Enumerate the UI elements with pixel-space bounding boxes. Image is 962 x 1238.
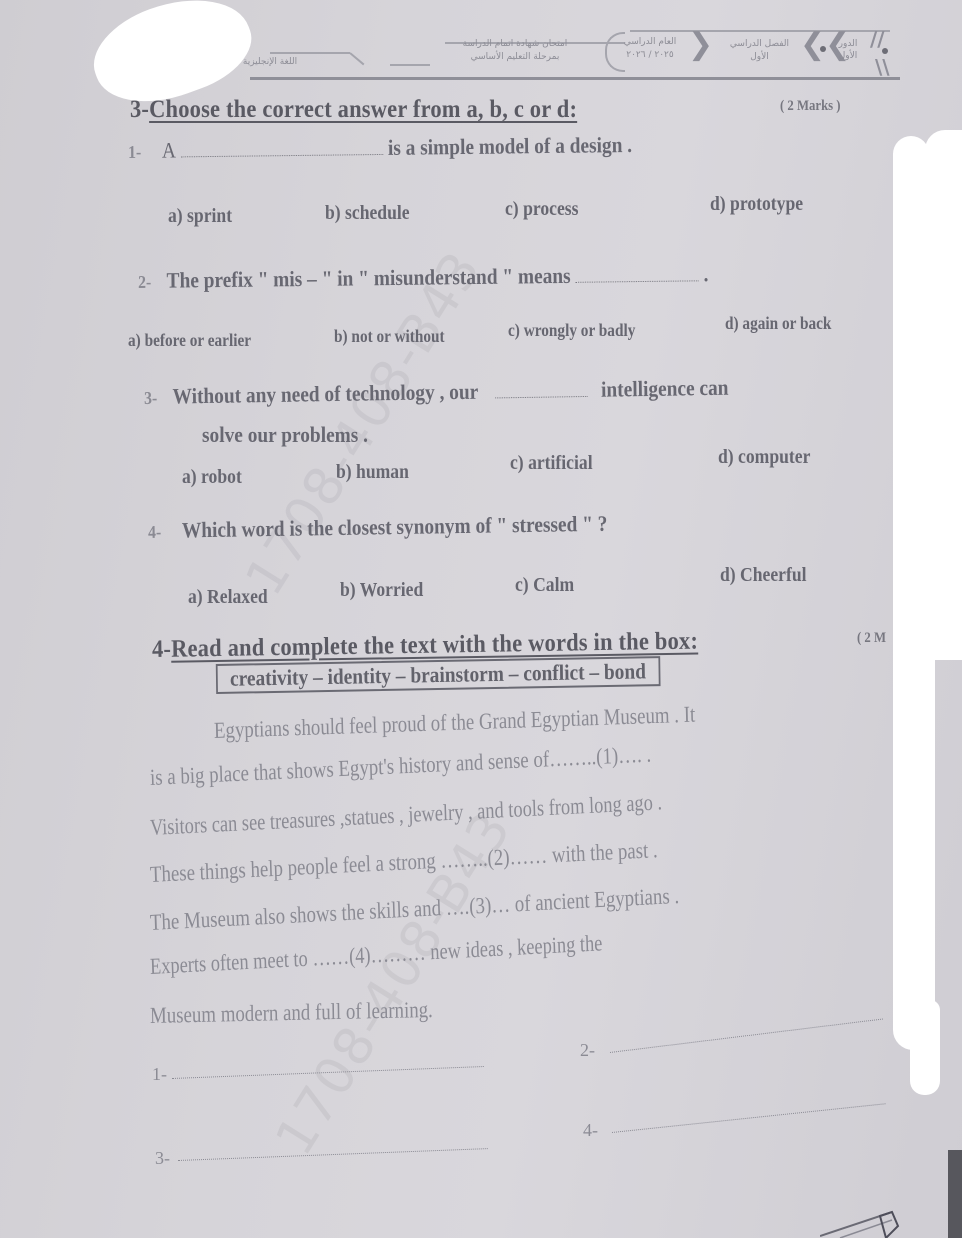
section4-marks: ( 2 M <box>857 630 886 647</box>
question-number: 4- <box>148 522 161 542</box>
question-number: 3- <box>144 388 157 408</box>
question-text: Without any need of technology , our <box>172 379 478 409</box>
header-frame-segment <box>349 52 364 65</box>
header-frame-segment <box>390 64 430 66</box>
redaction-stroke <box>893 150 935 1050</box>
question-2: 2- The prefix " mis – " in " misundersta… <box>138 261 709 294</box>
chevron-right-icon: ❯ <box>688 30 713 60</box>
header-exam-title-2: بمرحلة التعليم الأساسي <box>445 51 585 63</box>
question-text: is a simple model of a design . <box>388 132 632 160</box>
q2-option-a[interactable]: a) before or earlier <box>128 330 251 351</box>
q1-option-b[interactable]: b) schedule <box>325 202 410 225</box>
answer-line-4[interactable] <box>612 1103 886 1133</box>
q2-option-c[interactable]: c) wrongly or badly <box>508 320 635 341</box>
q3-option-b[interactable]: b) human <box>336 461 409 484</box>
q4-option-d[interactable]: d) Cheerful <box>720 564 807 587</box>
answer-label-3: 3- <box>155 1148 170 1169</box>
header-exam-title-1: امتحان شهادة اتمام الدراسة <box>445 38 585 50</box>
passage-line-2: is a big place that shows Egypt's histor… <box>150 742 652 791</box>
exam-page: اللغة الإنجليزية امتحان شهادة اتمام الدر… <box>0 0 962 1238</box>
page-edge-shadow <box>948 1150 962 1238</box>
section3-marks: ( 2 Marks ) <box>780 98 841 115</box>
header-year-label: العام الدراسي <box>615 36 685 48</box>
q4-option-c[interactable]: c) Calm <box>515 574 574 597</box>
section4-number: 4- <box>152 636 171 663</box>
page-corner-mark-icon <box>820 1200 900 1238</box>
answer-label-4: 4- <box>583 1120 598 1141</box>
answer-label-1: 1- <box>152 1064 167 1085</box>
header-rule <box>250 77 900 80</box>
passage-line-4: These things help people feel a strong …… <box>150 837 659 888</box>
q2-option-d[interactable]: d) again or back <box>725 313 831 334</box>
answer-blank[interactable] <box>576 280 699 282</box>
question-3: 3- Without any need of technology , our … <box>144 375 729 410</box>
q4-option-b[interactable]: b) Worried <box>340 579 423 602</box>
header-frame-segment <box>700 30 890 32</box>
question-text: . <box>703 261 708 286</box>
question-text: Which word is the closest synonym of " s… <box>182 511 608 543</box>
question-text: A <box>162 137 176 162</box>
bullet-icon <box>820 46 826 52</box>
backslash-decor-icon: \\ <box>875 52 890 82</box>
question-text: intelligence can <box>601 375 729 402</box>
redaction-blob <box>910 1000 940 1095</box>
passage-line-1: Egyptians should feel proud of the Grand… <box>214 702 696 744</box>
answer-line-2[interactable] <box>610 1018 883 1053</box>
section3-instruction: Choose the correct answer from a, b, c o… <box>149 96 577 123</box>
passage-line-3: Visitors can see treasures ,statues , je… <box>150 789 663 841</box>
section3-number: 3- <box>130 96 149 123</box>
answer-label-2: 2- <box>580 1040 595 1061</box>
q3-option-a[interactable]: a) robot <box>182 466 242 489</box>
q1-option-c[interactable]: c) process <box>505 198 578 221</box>
q3-option-d[interactable]: d) computer <box>718 446 810 469</box>
question-number: 2- <box>138 272 151 292</box>
header-round: الدور الأول <box>828 38 868 62</box>
answer-blank[interactable] <box>181 154 383 157</box>
section3-title: 3-Choose the correct answer from a, b, c… <box>130 96 577 124</box>
answer-line-3[interactable] <box>178 1148 488 1161</box>
q1-option-a[interactable]: a) sprint <box>168 205 232 228</box>
question-1: 1- A is a simple model of a design . <box>128 132 632 164</box>
header-year-value: ٢٠٢٥ / ٢٠٢٦ <box>615 49 685 61</box>
header-frame-segment <box>270 52 350 54</box>
q4-option-a[interactable]: a) Relaxed <box>188 586 268 609</box>
header-semester-label: الفصل الدراسي <box>722 38 797 50</box>
q2-option-b[interactable]: b) not or without <box>334 326 445 347</box>
question-text: The prefix " mis – " in " misunderstand … <box>166 263 570 293</box>
redaction-strip <box>930 200 962 660</box>
answer-blank[interactable] <box>495 396 587 398</box>
q3-option-c[interactable]: c) artificial <box>510 452 593 475</box>
question-number: 1- <box>128 142 141 162</box>
question-3-line2: solve our problems . <box>202 422 368 448</box>
question-4: 4- Which word is the closest synonym of … <box>148 511 608 544</box>
header-semester-value: الأول <box>722 51 797 63</box>
q1-option-d[interactable]: d) prototype <box>710 193 803 216</box>
